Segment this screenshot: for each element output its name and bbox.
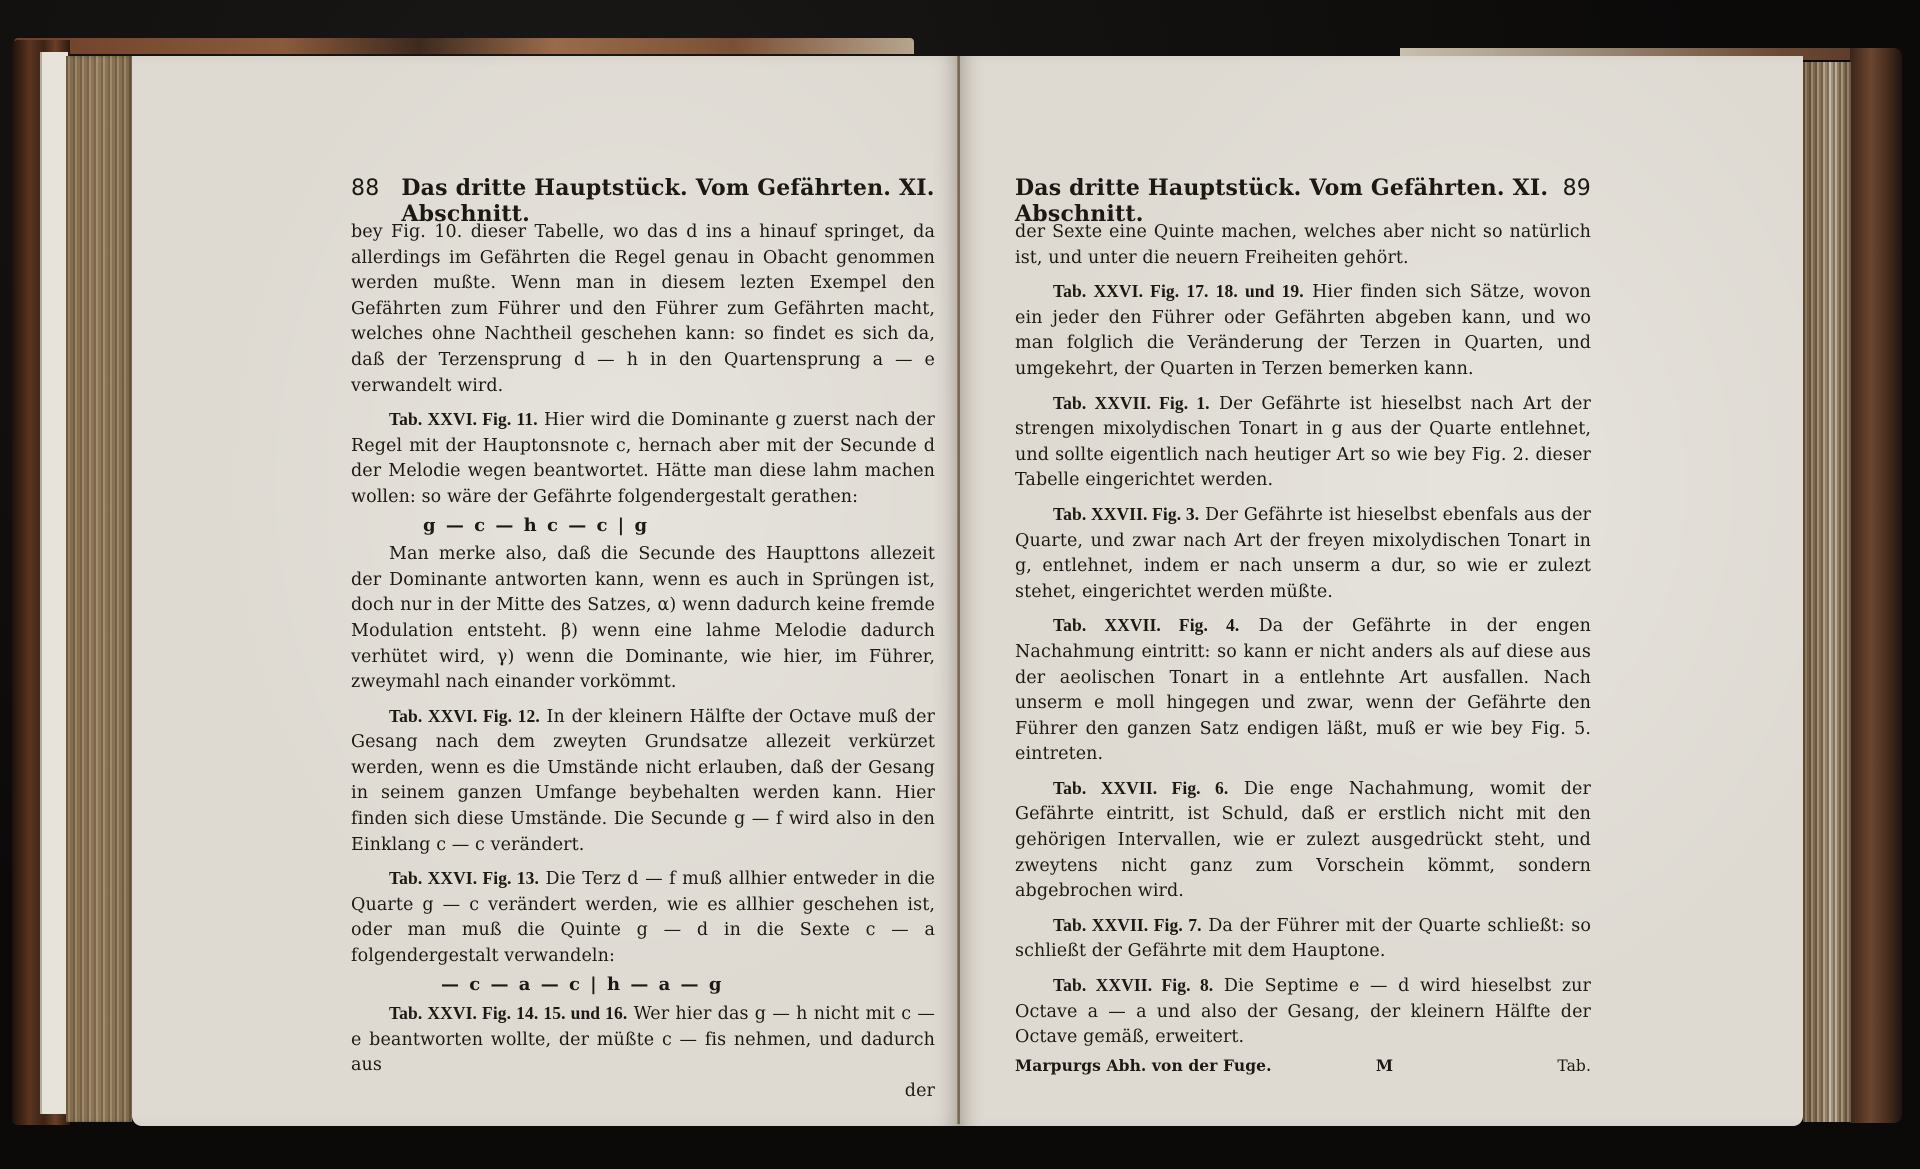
figure-reference: Tab. XXVI. Fig. 13.: [389, 868, 539, 888]
leather-cover-right: [1850, 48, 1902, 1123]
figure-reference: Tab. XXVI. Fig. 11.: [389, 409, 538, 429]
page-number: 89: [1563, 176, 1591, 202]
figure-reference: Tab. XXVI. Fig. 14. 15. und 16.: [389, 1003, 627, 1023]
paragraph: Tab. XXVI. Fig. 17. 18. und 19. Hier fin…: [1015, 279, 1591, 382]
catchword: der: [351, 1079, 935, 1105]
left-page-text: 88 Das dritte Hauptstück. Vom Gefährten.…: [351, 176, 935, 1105]
figure-reference: Tab. XXVII. Fig. 3.: [1053, 504, 1199, 524]
left-page: 88 Das dritte Hauptstück. Vom Gefährten.…: [132, 56, 960, 1126]
figure-reference: Tab. XXVII. Fig. 8.: [1053, 975, 1213, 995]
paragraph: Man merke also, daß die Secunde des Haup…: [351, 542, 935, 696]
paragraph: bey Fig. 10. dieser Tabelle, wo das d in…: [351, 220, 935, 399]
flyleaf-edge-left: [40, 52, 68, 1114]
paragraph: Tab. XXVII. Fig. 6. Die enge Nachahmung,…: [1015, 776, 1591, 905]
paragraph: Tab. XXVI. Fig. 11. Hier wird die Domina…: [351, 407, 935, 510]
page-stack-left: [66, 56, 132, 1122]
page-stack-right: [1803, 62, 1851, 1122]
paragraph: Tab. XXVI. Fig. 14. 15. und 16. Wer hier…: [351, 1001, 935, 1079]
figure-reference: Tab. XXVI. Fig. 12.: [389, 706, 540, 726]
figure-reference: Tab. XXVII. Fig. 1.: [1053, 393, 1210, 413]
leather-cover-top-edge: [14, 38, 914, 54]
page-footer: Marpurgs Abh. von der Fuge. M Tab.: [1015, 1053, 1591, 1080]
right-page-text: Das dritte Hauptstück. Vom Gefährten. XI…: [1015, 176, 1591, 1079]
figure-reference: Tab. XXVII. Fig. 6.: [1053, 778, 1228, 798]
paragraph: Tab. XXVII. Fig. 4. Da der Gefährte in d…: [1015, 613, 1591, 768]
paragraph: Tab. XXVII. Fig. 8. Die Septime e — d wi…: [1015, 973, 1591, 1051]
paragraph: Tab. XXVII. Fig. 1. Der Gefährte ist hie…: [1015, 391, 1591, 494]
paragraph: Tab. XXVI. Fig. 12. In der kleinern Hälf…: [351, 704, 935, 859]
paragraph: Tab. XXVII. Fig. 3. Der Gefährte ist hie…: [1015, 502, 1591, 605]
catchword: Tab.: [1557, 1054, 1591, 1080]
page-number: 88: [351, 176, 379, 202]
paragraph: Tab. XXVI. Fig. 13. Die Terz d — f muß a…: [351, 866, 935, 969]
figure-reference: Tab. XXVI. Fig. 17. 18. und 19.: [1053, 281, 1304, 301]
signature-line: Marpurgs Abh. von der Fuge.: [1015, 1053, 1272, 1079]
left-running-head: 88 Das dritte Hauptstück. Vom Gefährten.…: [351, 176, 935, 214]
figure-reference: Tab. XXVII. Fig. 4.: [1053, 615, 1239, 635]
music-notation-line: — c — a — c | h — a — g: [441, 972, 935, 998]
signature-mark: M: [1376, 1053, 1393, 1079]
right-running-head: Das dritte Hauptstück. Vom Gefährten. XI…: [1015, 176, 1591, 214]
paragraph: der Sexte eine Quinte machen, welches ab…: [1015, 220, 1591, 271]
music-notation-line: g — c — h c — c | g: [423, 513, 935, 539]
figure-reference: Tab. XXVII. Fig. 7.: [1053, 915, 1202, 935]
right-page: Das dritte Hauptstück. Vom Gefährten. XI…: [960, 56, 1803, 1126]
paragraph: Tab. XXVII. Fig. 7. Da der Führer mit de…: [1015, 913, 1591, 965]
